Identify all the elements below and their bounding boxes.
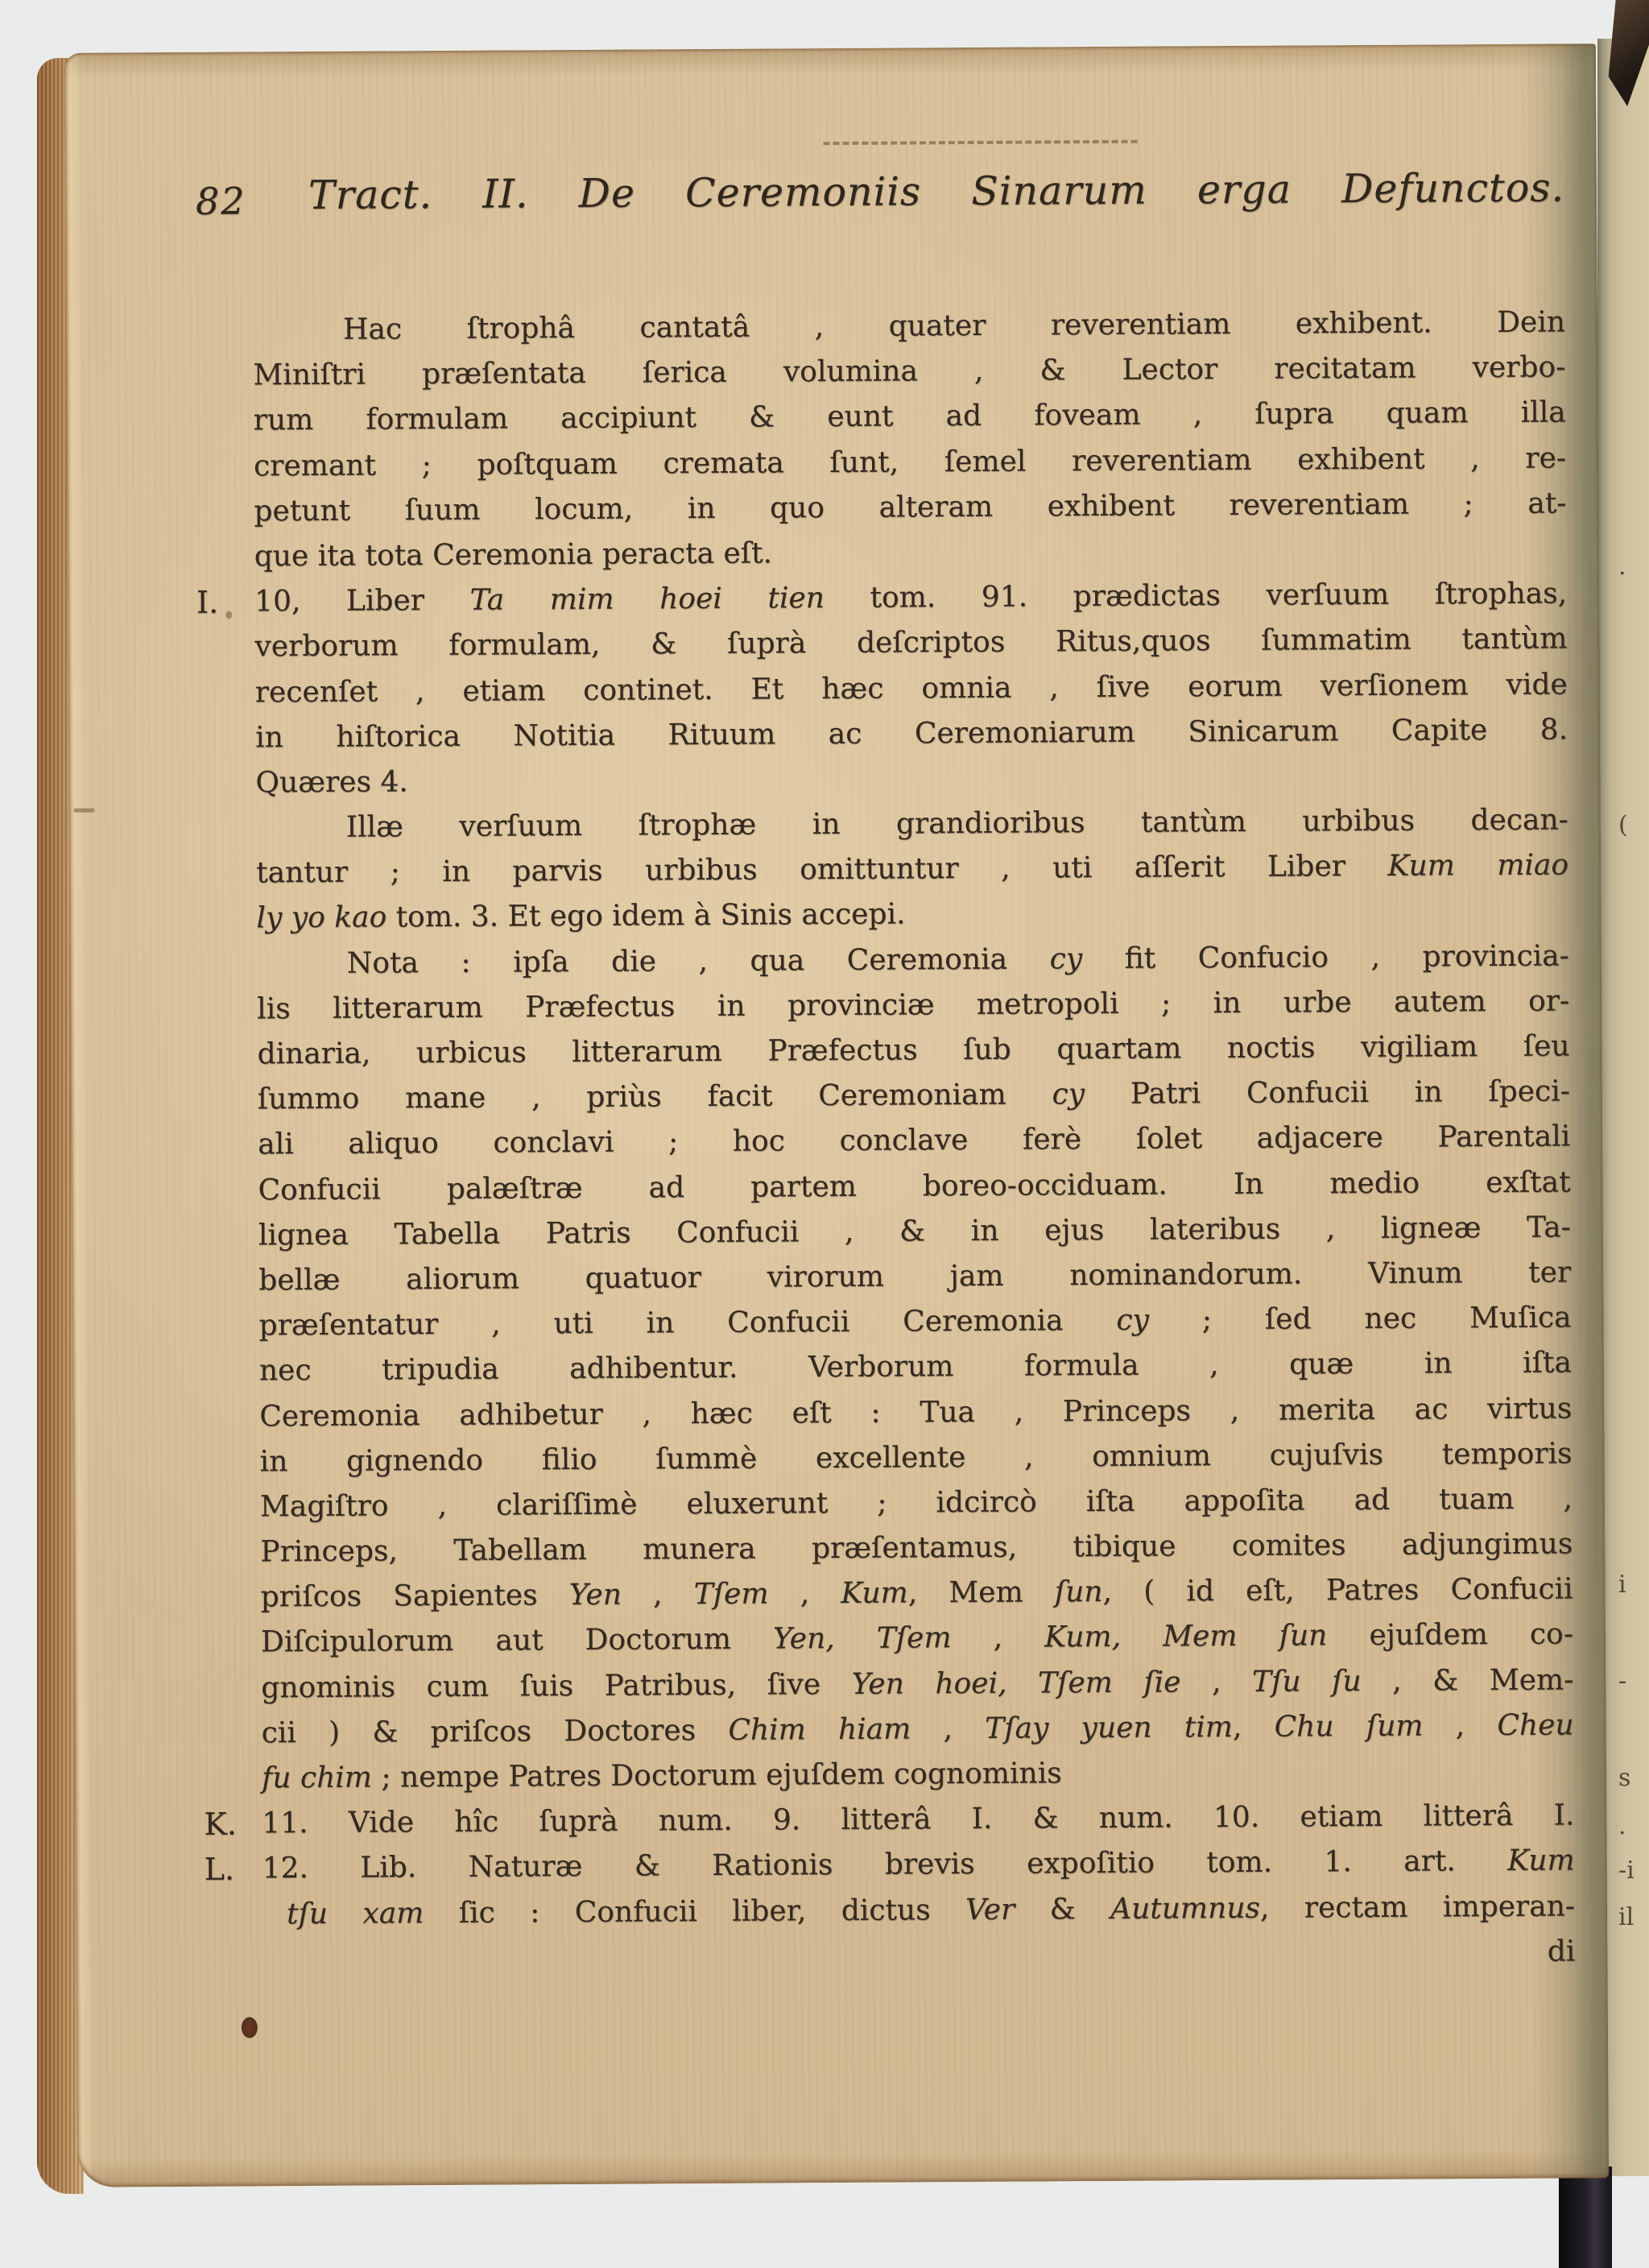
running-header: 82 Tract. II. De Ceremoniis Sinarum erga… xyxy=(196,164,1564,237)
text-line: I.10, Liber Ta mim hoei tien tom. 91. pr… xyxy=(254,572,1567,625)
text-line: tantur ; in parvis urbibus omittuntur , … xyxy=(256,843,1568,896)
text-line: K.11. Vide hîc ſuprà num. 9. litterâ I. … xyxy=(262,1794,1574,1847)
text-line: Illæ verſuum ſtrophæ in grandioribus tan… xyxy=(346,798,1568,850)
text-segment: , xyxy=(951,1621,1044,1655)
next-page-text-fragment: il xyxy=(1618,1906,1634,1930)
text-line: ali aliquo conclavi ; hoc conclave ferè … xyxy=(258,1115,1570,1168)
text-segment: , xyxy=(1423,1709,1497,1743)
italic-text-segment: Yen xyxy=(569,1579,622,1612)
italic-text-segment: Kum, Mem ſun xyxy=(1044,1620,1327,1654)
text-line: recenſet , etiam continet. Et hæc omnia … xyxy=(255,662,1568,715)
text-line: que ita tota Ceremonia peracta eſt. xyxy=(254,526,1567,579)
text-segment: verborum formulam, & ſuprà deſcriptos Ri… xyxy=(254,623,1567,664)
text-line: L.12. Lib. Naturæ & Rationis brevis expo… xyxy=(262,1839,1575,1892)
text-line: Nota : ipſa die , qua Ceremonia cy fit C… xyxy=(347,933,1569,986)
italic-text-segment: cy xyxy=(1050,942,1083,975)
text-segment: Magiſtro , clariſſimè eluxerunt ; idcirc… xyxy=(260,1482,1573,1523)
italic-text-segment: fu chim xyxy=(262,1761,372,1795)
text-line: lis litterarum Præfectus in provinciæ me… xyxy=(257,979,1569,1032)
text-segment: petunt ſuum locum, in quo alteram exhibe… xyxy=(254,486,1566,528)
text-segment: fit Confucio , provincia- xyxy=(1082,939,1569,975)
text-segment: bellæ aliorum quatuor virorum jam nomina… xyxy=(258,1256,1571,1297)
italic-text-segment: Ver xyxy=(965,1893,1015,1926)
catchword: di xyxy=(262,1935,1575,1976)
text-segment: in hiſtorica Notitia Rituum ac Ceremonia… xyxy=(255,713,1568,754)
text-segment: Princeps, Tabellam munera præſentamus, t… xyxy=(260,1527,1573,1568)
italic-text-segment: Chim hiam xyxy=(728,1712,911,1746)
italic-text-segment: Cheu xyxy=(1497,1708,1573,1742)
text-line: cii ) & priſcos Doctores Chim hiam , Tſa… xyxy=(262,1703,1574,1756)
text-segment: ejuſdem co- xyxy=(1327,1618,1573,1653)
next-page-text-fragment: - xyxy=(1618,1670,1626,1694)
text-line: Miniſtri præſentata ſerica volumina , & … xyxy=(253,346,1565,399)
text-line: Confucii palæſtræ ad partem boreo-occidu… xyxy=(258,1160,1570,1213)
text-segment: Confucii palæſtræ ad partem boreo-occidu… xyxy=(258,1165,1570,1206)
text-segment: recenſet , etiam continet. Et hæc omnia … xyxy=(255,668,1568,709)
italic-text-segment: ſun xyxy=(1055,1575,1103,1608)
text-segment: que ita tota Ceremonia peracta eſt. xyxy=(254,536,773,573)
text-line: in gignendo filio ſummè excellente , omn… xyxy=(259,1431,1572,1484)
text-segment: Miniſtri præſentata ſerica volumina , & … xyxy=(253,351,1565,392)
text-segment: , xyxy=(911,1712,985,1746)
section-letter: K. xyxy=(204,1802,237,1847)
text-segment: , rectam imperan- xyxy=(1260,1889,1575,1924)
text-line: tſu xam ſic : Confucii liber, dictus Ver… xyxy=(287,1884,1575,1937)
next-page-text-fragment: ( xyxy=(1618,813,1628,838)
text-line: Princeps, Tabellam munera præſentamus, t… xyxy=(260,1521,1573,1575)
next-page-text-fragment: s xyxy=(1618,1766,1630,1790)
italic-text-segment: Tſay yuen tim xyxy=(985,1711,1233,1745)
text-segment: Hac ſtrophâ cantatâ , quater reverentiam… xyxy=(343,305,1565,346)
text-line: priſcos Sapientes Yen , Tſem , Kum, Mem … xyxy=(260,1567,1573,1620)
text-segment: cremant ; poſtquam cremata ſunt, ſemel r… xyxy=(254,441,1566,482)
text-segment: Diſcipulorum aut Doctorum xyxy=(261,1623,773,1659)
book-scan: { "page": { "number": "82", "header_titl… xyxy=(0,0,1649,2268)
italic-text-segment: Kum xyxy=(841,1577,908,1611)
text-segment: lis litterarum Præfectus in provinciæ me… xyxy=(257,984,1569,1025)
text-segment: Nota : ipſa die , qua Ceremonia xyxy=(347,942,1050,979)
text-line: Quæres 4. xyxy=(255,752,1568,805)
section-letter: I. xyxy=(196,580,218,625)
margin-dash-mark xyxy=(74,809,95,813)
italic-text-segment: ly yo kao xyxy=(256,901,386,935)
text-segment: Quæres 4. xyxy=(255,765,408,799)
text-line: lignea Tabella Patris Confucii , & in ej… xyxy=(258,1205,1571,1258)
text-segment: , xyxy=(1233,1711,1275,1744)
text-segment: Ceremonia adhibetur , hæc eſt : Tua , Pr… xyxy=(259,1392,1572,1433)
text-line: gnominis cum ſuis Patribus, ſive Yen hoe… xyxy=(261,1658,1573,1711)
text-line: Diſcipulorum aut Doctorum Yen, Tſem , Ku… xyxy=(261,1612,1573,1666)
text-segment: ali aliquo conclavi ; hoc conclave ferè … xyxy=(258,1120,1570,1161)
italic-text-segment: Kum miao xyxy=(1387,849,1568,883)
text-line: ſummo mane , priùs facit Ceremoniam cy P… xyxy=(258,1070,1570,1123)
text-line: nec tripudia adhibentur. Verborum formul… xyxy=(259,1341,1572,1394)
text-line: in hiſtorica Notitia Rituum ac Ceremonia… xyxy=(255,707,1568,760)
text-segment: cii ) & priſcos Doctores xyxy=(262,1714,729,1750)
text-line: fu chim ; nempe Patres Doctorum ejuſdem … xyxy=(262,1748,1574,1801)
text-block: Hac ſtrophâ cantatâ , quater reverentiam… xyxy=(253,300,1575,1937)
italic-text-segment: Yen, Tſem xyxy=(773,1622,952,1656)
text-segment: tom. 3. Et ego idem à Sinis accepi. xyxy=(386,898,906,934)
next-page-text-fragment: i xyxy=(1618,1573,1626,1597)
margin-dot-mark xyxy=(225,611,232,619)
text-line: Hac ſtrophâ cantatâ , quater reverentiam… xyxy=(343,300,1565,352)
text-segment: , xyxy=(622,1578,694,1612)
text-segment: nec tripudia adhibentur. Verborum formul… xyxy=(259,1347,1572,1388)
text-line: bellæ aliorum quatuor virorum jam nomina… xyxy=(258,1250,1571,1303)
title-overline-mark xyxy=(824,140,1138,145)
text-segment: , xyxy=(768,1577,841,1611)
text-line: petunt ſuum locum, in quo alteram exhibe… xyxy=(254,481,1566,534)
next-page-text-fragment: · xyxy=(1618,562,1626,586)
text-segment: tantur ; in parvis urbibus omittuntur , … xyxy=(256,850,1388,890)
text-line: præſentatur , uti in Confucii Ceremonia … xyxy=(258,1296,1571,1349)
bookmark-strap xyxy=(1559,2167,1612,2268)
text-segment: , ( id eſt, Patres Confucii xyxy=(1102,1573,1573,1609)
text-segment: in gignendo filio ſummè excellente , omn… xyxy=(259,1437,1572,1478)
text-segment: tom. 91. prædictas verſuum ſtrophas, xyxy=(824,577,1567,615)
text-line: Magiſtro , clariſſimè eluxerunt ; idcirc… xyxy=(260,1476,1573,1529)
text-line: ly yo kao tom. 3. Et ego idem à Sinis ac… xyxy=(256,888,1568,942)
text-segment: 10, Liber xyxy=(254,584,470,619)
italic-text-segment: tſu xam xyxy=(287,1897,424,1931)
text-line: verborum formulam, & ſuprà deſcriptos Ri… xyxy=(254,617,1567,670)
italic-text-segment: cy xyxy=(1052,1078,1085,1111)
text-segment: lignea Tabella Patris Confucii , & in ej… xyxy=(258,1211,1571,1252)
text-segment: Patri Confucii in ſpeci- xyxy=(1085,1075,1570,1111)
text-segment: gnominis cum ſuis Patribus, ſive xyxy=(261,1668,852,1704)
next-page-text-fragment: -i xyxy=(1618,1859,1635,1883)
text-segment: 12. Lib. Naturæ & Rationis brevis expoſi… xyxy=(262,1844,1508,1885)
italic-text-segment: Autumnus xyxy=(1110,1891,1260,1925)
italic-text-segment: cy xyxy=(1116,1304,1149,1337)
italic-text-segment: Yen hoei, Tſem ſie xyxy=(852,1666,1181,1700)
text-segment: , & Mem- xyxy=(1362,1663,1574,1698)
section-letter: L. xyxy=(205,1847,235,1892)
text-segment: , Mem xyxy=(908,1576,1055,1610)
text-line: dinaria, urbicus litterarum Præfectus ſu… xyxy=(257,1024,1569,1077)
text-line: Ceremonia adhibetur , hæc eſt : Tua , Pr… xyxy=(259,1386,1572,1439)
text-line: rum formulam accipiunt & eunt ad foveam … xyxy=(254,391,1566,444)
text-segment: , xyxy=(1180,1665,1252,1699)
text-line: cremant ; poſtquam cremata ſunt, ſemel r… xyxy=(254,436,1566,489)
next-page-text-fragment: . xyxy=(1618,1815,1626,1839)
italic-text-segment: Tſem xyxy=(694,1578,769,1612)
ink-blot xyxy=(242,2017,258,2038)
page-number: 82 xyxy=(196,179,246,222)
book-page: 82 Tract. II. De Ceremoniis Sinarum erga… xyxy=(64,43,1609,2187)
text-segment: ; nempe Patres Doctorum ejuſdem cognomin… xyxy=(372,1757,1062,1794)
italic-text-segment: Tſu ſu xyxy=(1252,1665,1362,1699)
text-segment: ſummo mane , priùs facit Ceremoniam xyxy=(258,1078,1052,1116)
text-segment: rum formulam accipiunt & eunt ad foveam … xyxy=(254,396,1566,437)
header-title: Tract. II. De Ceremoniis Sinarum erga De… xyxy=(308,164,1564,218)
text-segment: dinaria, urbicus litterarum Præfectus ſu… xyxy=(257,1029,1569,1070)
italic-text-segment: Chu ſum xyxy=(1275,1709,1424,1743)
italic-text-segment: Kum xyxy=(1507,1844,1575,1878)
text-segment: 11. Vide hîc ſuprà num. 9. litterâ I. & … xyxy=(262,1799,1574,1840)
text-segment: ; ſed nec Muſica xyxy=(1149,1302,1572,1337)
italic-text-segment: Ta mim hoei tien xyxy=(469,581,824,617)
text-segment: & xyxy=(1015,1893,1110,1927)
text-segment: priſcos Sapientes xyxy=(261,1579,569,1613)
text-segment: præſentatur , uti in Confucii Ceremonia xyxy=(258,1304,1116,1343)
text-segment: Illæ verſuum ſtrophæ in grandioribus tan… xyxy=(346,804,1568,844)
text-segment: ſic : Confucii liber, dictus xyxy=(424,1893,965,1930)
